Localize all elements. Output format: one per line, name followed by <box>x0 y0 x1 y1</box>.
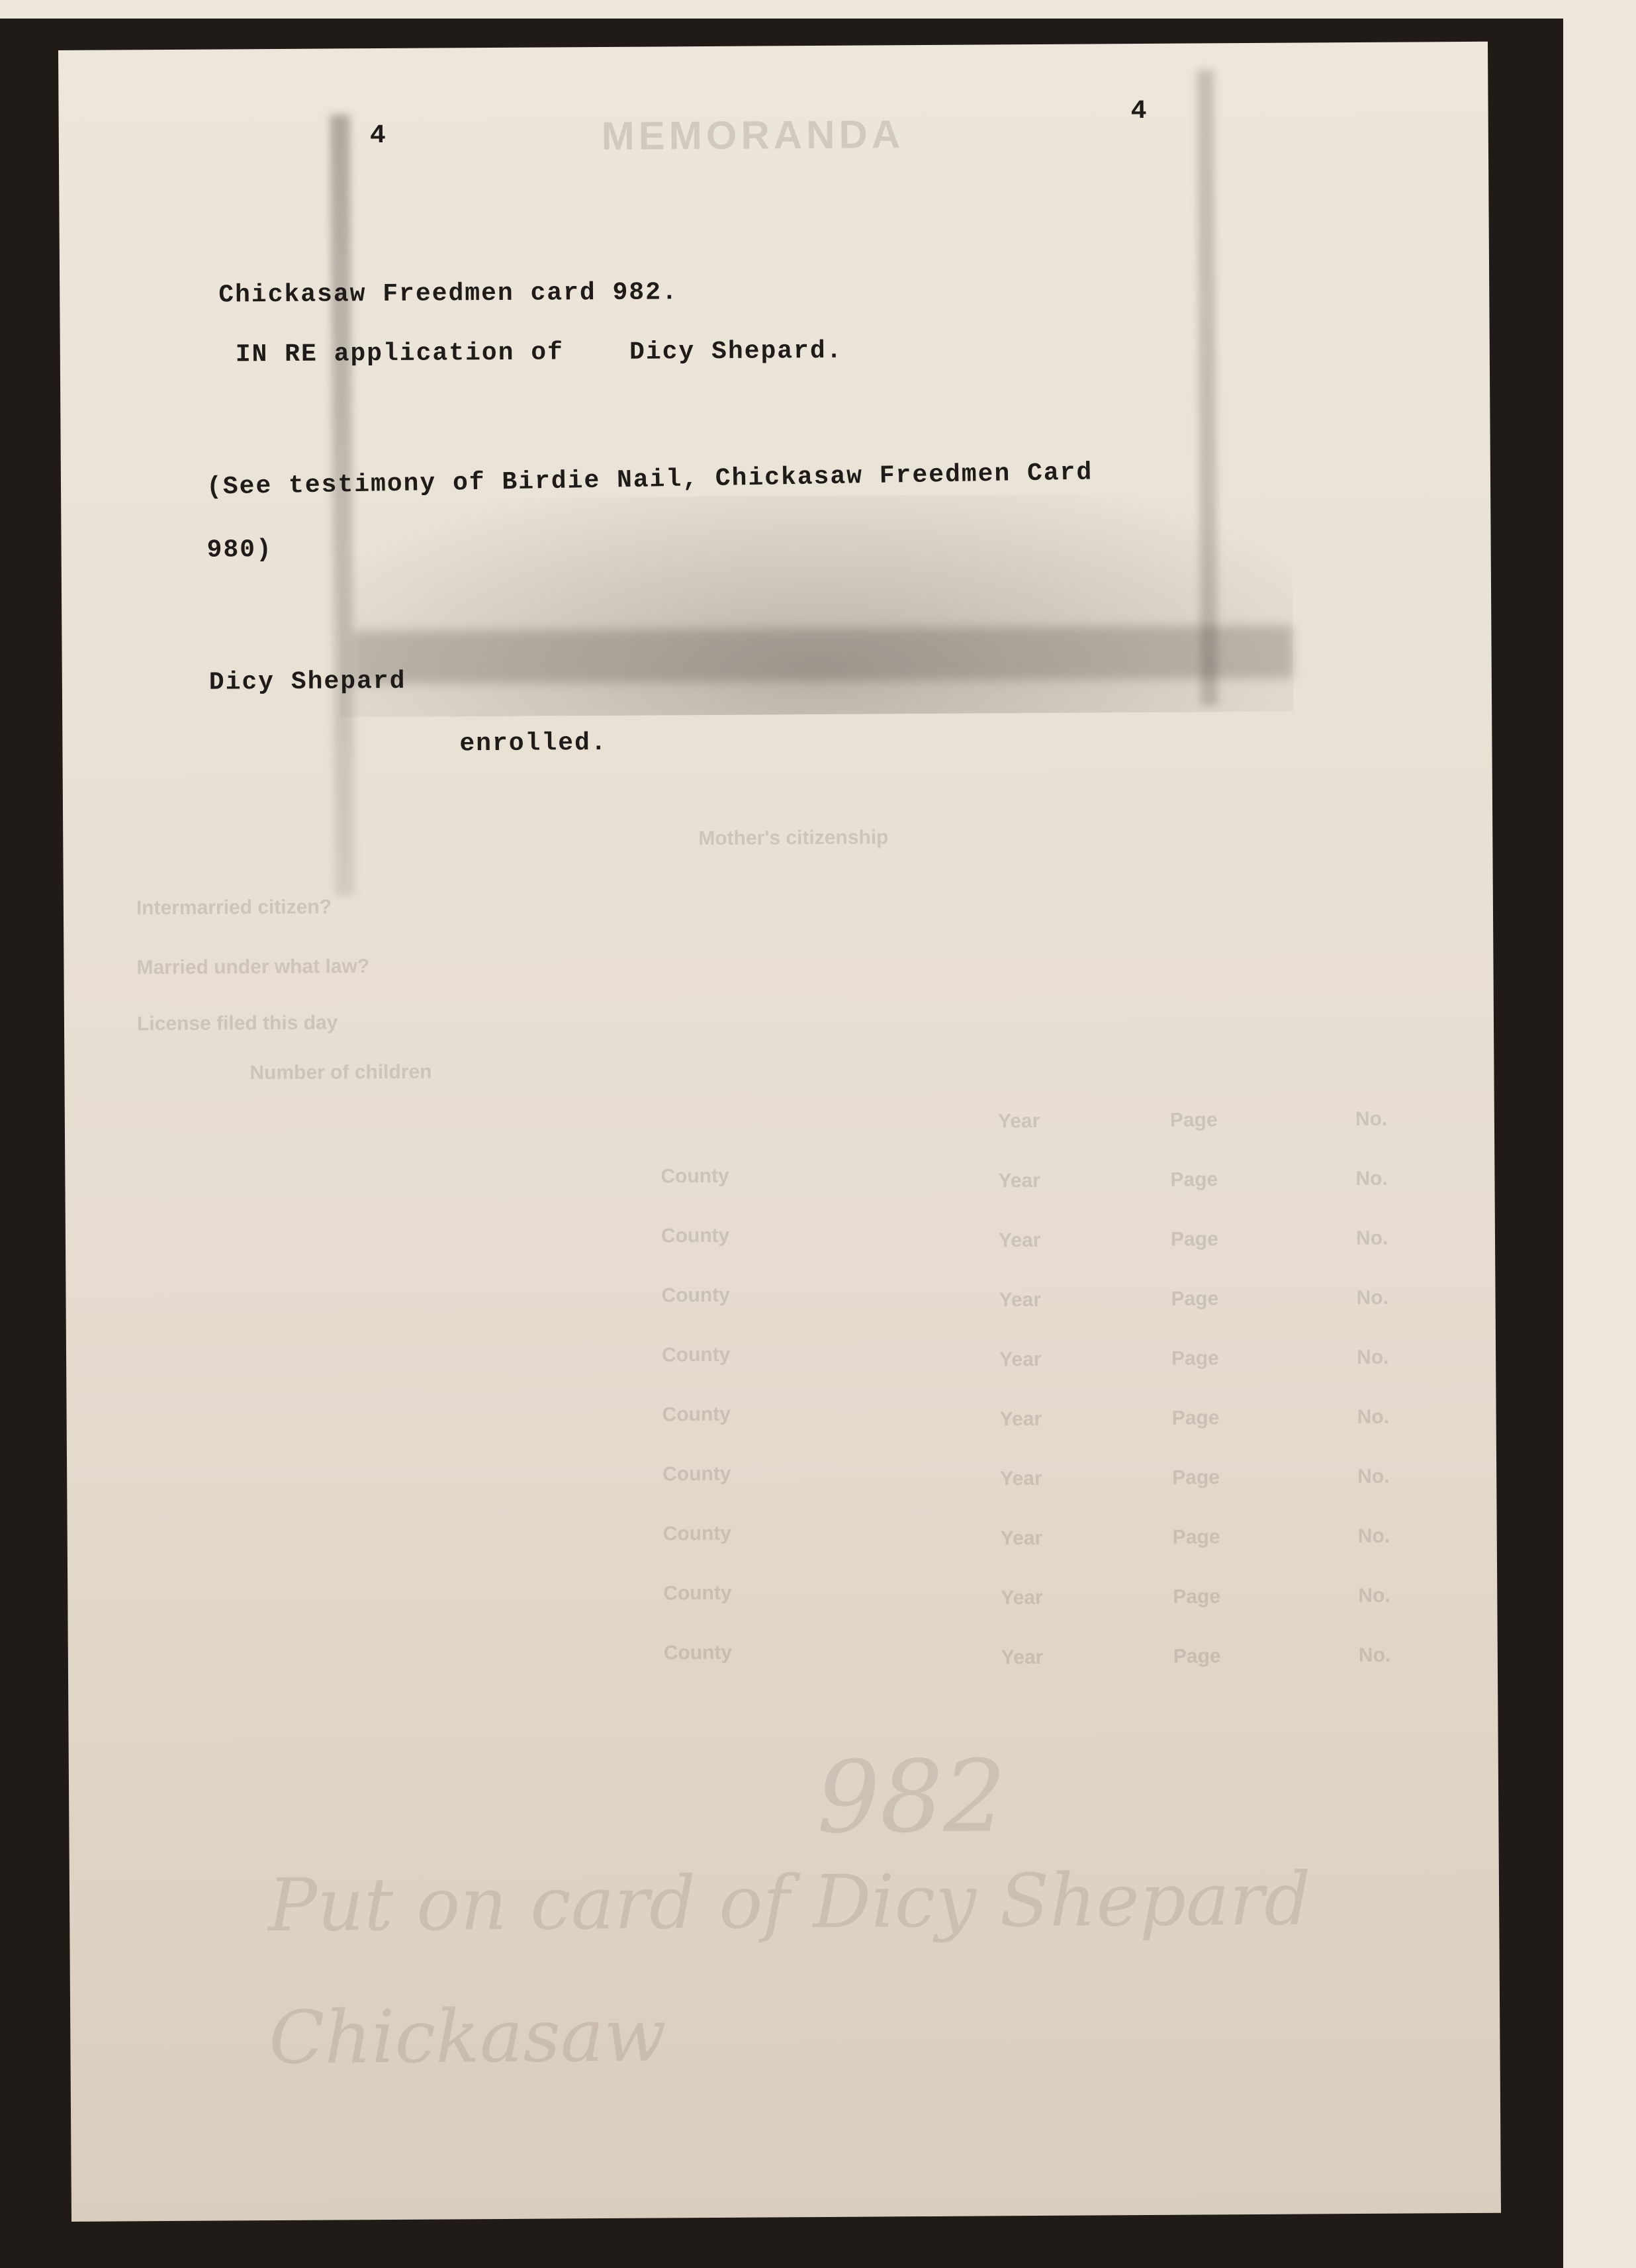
ghost-year: Year <box>1001 1587 1043 1609</box>
header-line: Chickasaw Freedmen card 982. <box>218 278 678 309</box>
name-line: Dicy Shepard <box>209 667 406 697</box>
ghost-page: Page <box>1171 1228 1218 1251</box>
ghost-page: Page <box>1173 1526 1220 1548</box>
ghost-county: County <box>661 1225 730 1248</box>
ghost-county: County <box>662 1403 731 1427</box>
ghost-year: Year <box>998 1170 1040 1192</box>
ghost-no: No. <box>1355 1108 1388 1131</box>
ghost-no: No. <box>1357 1347 1389 1369</box>
ghost-page: Page <box>1172 1466 1220 1489</box>
ghost-label-children: Number of children <box>250 1061 432 1085</box>
ghost-page: Page <box>1173 1645 1221 1668</box>
ghost-label-license: License filed this day <box>137 1012 338 1035</box>
corner-mark-right: 4 <box>1130 97 1146 126</box>
ghost-page: Page <box>1172 1407 1220 1429</box>
ghost-county: County <box>663 1523 732 1546</box>
ghost-page: Page <box>1171 1288 1218 1310</box>
ghost-page: Page <box>1173 1585 1220 1608</box>
ghost-no: No. <box>1356 1287 1388 1309</box>
ghost-year: Year <box>1000 1408 1042 1431</box>
ghost-year: Year <box>1001 1527 1043 1550</box>
ghost-page: Page <box>1171 1347 1219 1370</box>
ghost-no: No. <box>1355 1168 1388 1190</box>
copy-smudge-block <box>339 493 1293 718</box>
ghost-page: Page <box>1170 1168 1218 1191</box>
ghost-county: County <box>662 1344 731 1367</box>
ghost-year: Year <box>999 1289 1041 1311</box>
ghost-handwritten-note-1: Put on card of Dicy Shepard <box>268 1856 1311 1948</box>
ghost-no: No. <box>1357 1406 1390 1429</box>
ghost-no: No. <box>1359 1644 1391 1667</box>
ghost-county: County <box>661 1284 730 1307</box>
ghost-page: Page <box>1170 1109 1218 1131</box>
ghost-year: Year <box>999 1229 1041 1252</box>
copy-smudge-band <box>353 626 1293 685</box>
corner-mark-left: 4 <box>370 121 386 151</box>
ghost-label-intermarried: Intermarried citizen? <box>136 896 332 920</box>
ghost-no: No. <box>1357 1466 1390 1488</box>
ghost-label-mother: Mother's citizenship <box>698 826 888 850</box>
ghost-county: County <box>662 1463 731 1486</box>
subject-line: IN RE application of Dicy Shepard. <box>236 337 843 369</box>
ghost-year: Year <box>1001 1646 1044 1669</box>
document-page: MEMORANDA Intermarried citizen? Married … <box>58 42 1501 2222</box>
ghost-county: County <box>660 1165 729 1188</box>
note-line-2: 980) <box>206 536 272 565</box>
ghost-year: Year <box>999 1348 1042 1371</box>
ghost-handwritten-number: 982 <box>817 1739 1007 1856</box>
ghost-year: Year <box>998 1110 1040 1133</box>
ghost-form-title: MEMORANDA <box>602 111 905 159</box>
ghost-handwritten-note-2: Chickasaw <box>269 1993 666 2080</box>
ghost-label-married-law: Married under what law? <box>136 955 369 979</box>
scan-right-margin <box>1563 0 1636 2268</box>
ghost-no: No. <box>1358 1525 1390 1548</box>
ghost-no: No. <box>1356 1227 1388 1250</box>
ghost-county: County <box>664 1642 733 1665</box>
status-line: enrolled. <box>459 729 607 758</box>
ghost-no: No. <box>1358 1585 1390 1607</box>
ghost-year: Year <box>1000 1468 1042 1490</box>
ghost-county: County <box>663 1582 732 1605</box>
scan-top-margin <box>0 0 1636 20</box>
